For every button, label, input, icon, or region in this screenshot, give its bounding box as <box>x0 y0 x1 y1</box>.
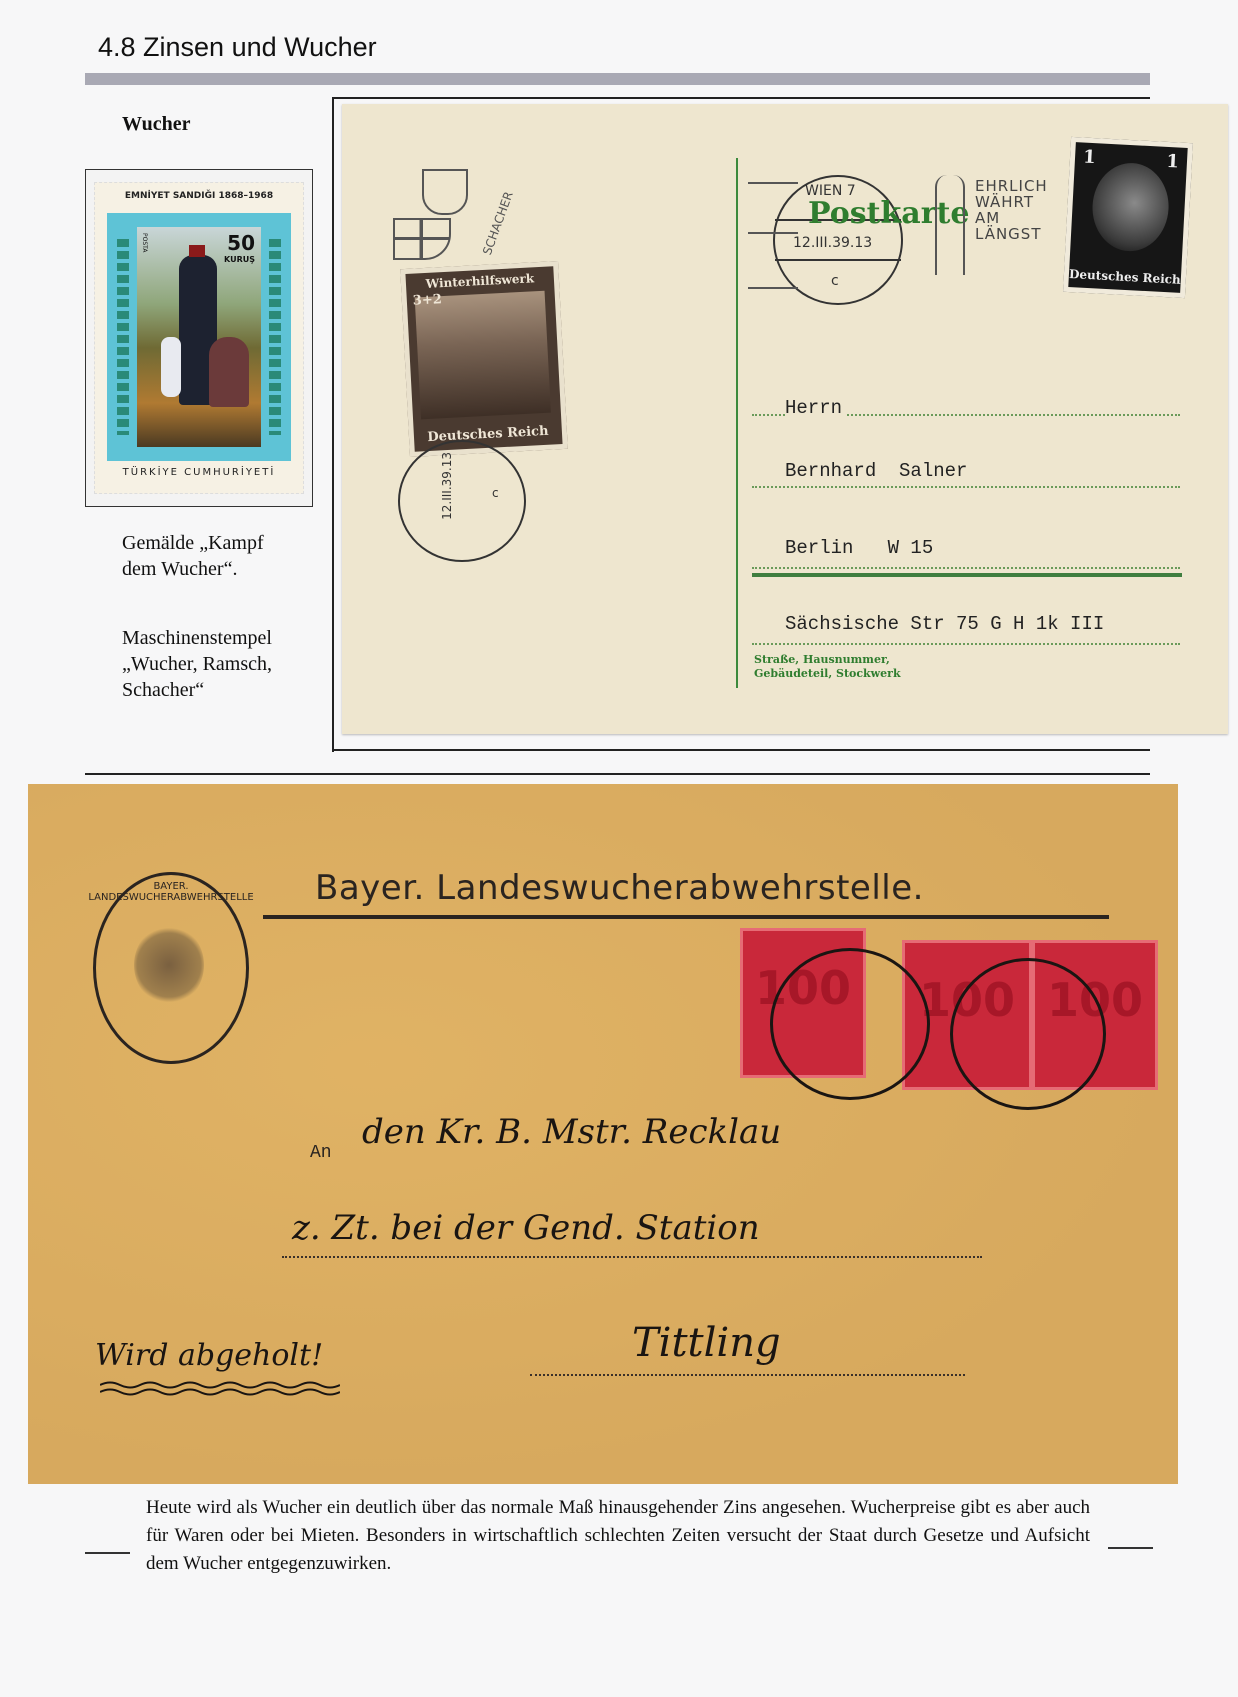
address-name: Bernhard Salner <box>785 460 967 482</box>
address-line-2: z. Zt. bei der Gend. Station <box>292 1208 760 1248</box>
figure-fez <box>189 245 205 257</box>
address-dotline-2 <box>282 1254 982 1258</box>
shield-swastika-icon <box>422 169 468 215</box>
section-separator <box>85 773 1150 775</box>
postmark-band-bottom <box>775 259 901 261</box>
stamp-value: 50 <box>227 231 255 255</box>
munich-postmark <box>770 948 930 1100</box>
postmark-letter: c <box>492 486 499 500</box>
address-line-1: den Kr. B. Mstr. Recklau <box>362 1112 781 1152</box>
section-heading: Wucher <box>122 113 191 136</box>
address-city-underline <box>752 573 1182 577</box>
address-city: Berlin W 15 <box>785 537 933 559</box>
border-pattern-right <box>269 239 281 435</box>
postmark-right: WIEN 7 12.III.39.13 c <box>773 175 903 305</box>
seal-text: BAYER. LANDESWUCHERABWEHRSTELLE <box>96 875 246 1061</box>
page-title: 4.8 Zinsen und Wucher <box>98 32 377 63</box>
stamp-value-left: 1 <box>1083 147 1097 169</box>
footer-description: Heute wird als Wucher ein deutlich über … <box>146 1494 1090 1578</box>
worker-sweeping-icon <box>935 175 965 275</box>
slogan-line: AM <box>975 210 1048 226</box>
stamp-country: Deutsches Reich <box>1069 267 1182 287</box>
official-seal: BAYER. LANDESWUCHERABWEHRSTELLE <box>93 872 249 1064</box>
slogan-line: LÄNGST <box>975 226 1048 242</box>
title-divider <box>85 73 1150 85</box>
hindenburg-portrait <box>1090 161 1171 253</box>
street-label: Straße, Hausnummer, Gebäudeteil, Stockwe… <box>754 653 901 681</box>
sender-underline <box>263 915 1109 919</box>
caption-cancel: Maschinenstempel „Wucher, Ramsch, Schach… <box>122 625 272 703</box>
stamp-frame-color: 50 KURUŞ POSTA <box>107 213 291 461</box>
footer-dash-right <box>1108 1547 1153 1549</box>
postcard-frame-left <box>332 97 334 752</box>
caption-line: Maschinenstempel <box>122 625 272 651</box>
pickup-note: Wird abgeholt! <box>95 1338 323 1373</box>
caption-line: dem Wucher“. <box>122 556 264 582</box>
turkish-stamp: EMNİYET SANDIĞI 1868–1968 50 KURUŞ POSTA… <box>94 182 304 494</box>
cancel-lines <box>748 182 798 184</box>
caption-line: „Wucher, Ramsch, <box>122 651 272 677</box>
note-underline-wavy <box>100 1380 340 1396</box>
street-label-line: Gebäudeteil, Stockwerk <box>754 667 901 681</box>
whw-title: Winterhilfswerk <box>406 270 555 292</box>
slogan-line: EHRLICH <box>975 178 1048 194</box>
border-pattern-left <box>117 239 129 435</box>
postcard-frame-bottom <box>332 749 1150 751</box>
stamp-value-right: 1 <box>1166 151 1180 173</box>
hindenburg-stamp: 1 1 Deutsches Reich <box>1063 137 1193 298</box>
figure-child <box>161 337 181 397</box>
stamp-top-text: EMNİYET SANDIĞI 1868–1968 <box>95 191 303 201</box>
whw-country: Deutsches Reich <box>414 423 563 446</box>
caption-line: Gemälde „Kampf <box>122 530 264 556</box>
footer-dash-left <box>85 1552 130 1554</box>
postmark-date: 12.III.39.13 <box>793 235 872 251</box>
castle-image <box>415 291 551 420</box>
street-label-line: Straße, Hausnummer, <box>754 653 901 667</box>
slogan-line: WÄHRT <box>975 194 1048 210</box>
sender-name: Bayer. Landeswucherabwehrstelle. <box>315 868 924 908</box>
address-line-3: Tittling <box>632 1320 781 1366</box>
address-salutation: Herrn <box>785 397 846 419</box>
postcard-frame-top <box>332 97 1150 99</box>
postmark-date: 12.III.39.13 <box>440 452 454 520</box>
munich-postmark <box>950 958 1106 1110</box>
stamp-side-text: POSTA <box>141 233 148 252</box>
turkish-stamp-mount: EMNİYET SANDIĞI 1868–1968 50 KURUŞ POSTA… <box>85 169 313 507</box>
caption-painting: Gemälde „Kampf dem Wucher“. <box>122 530 264 582</box>
postcard-divider <box>736 158 738 688</box>
stamp-bottom-text: TÜRKİYE CUMHURİYETİ <box>95 467 303 478</box>
stamp-currency: KURUŞ <box>224 255 255 264</box>
whw-value: 3+2 <box>412 292 442 308</box>
address-printed-an: An <box>310 1143 332 1163</box>
postmark-letter: c <box>831 273 839 289</box>
figure-woman <box>209 337 249 407</box>
caption-line: Schacher“ <box>122 677 272 703</box>
winterhilfswerk-stamp: Winterhilfswerk 3+2 Deutsches Reich <box>400 261 568 457</box>
painting-image: 50 KURUŞ POSTA <box>137 227 261 447</box>
postmark-left: 12.III.39.13 c <box>398 440 526 562</box>
slogan-cancel: EHRLICH WÄHRT AM LÄNGST <box>975 178 1048 242</box>
address-dotline-3 <box>530 1372 965 1376</box>
address-street: Sächsische Str 75 G H 1k III <box>785 613 1104 635</box>
